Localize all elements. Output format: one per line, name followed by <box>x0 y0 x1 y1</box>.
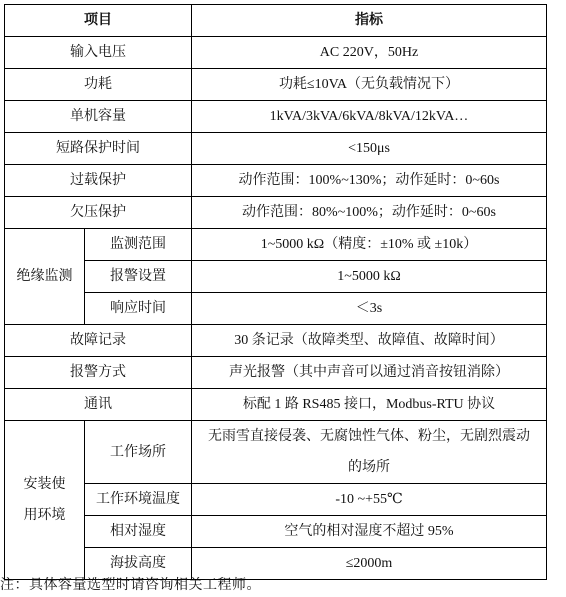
table-row: 欠压保护 动作范围：80%~100%；动作延时：0~60s <box>5 197 547 229</box>
row-spec: 动作范围：80%~100%；动作延时：0~60s <box>192 197 547 229</box>
row-item: 相对湿度 <box>85 516 192 548</box>
insulation-group: 绝缘监测 <box>5 229 85 325</box>
row-item: 输入电压 <box>5 37 192 69</box>
table-header-row: 项目 指标 <box>5 5 547 37</box>
table-row: 绝缘监测 监测范围 1~5000 kΩ（精度：±10% 或 ±10k） <box>5 229 547 261</box>
table-row: 故障记录 30 条记录（故障类型、故障值、故障时间） <box>5 325 547 357</box>
row-item: 工作环境温度 <box>85 484 192 516</box>
row-spec: 功耗≤10VA（无负载情况下） <box>192 69 547 101</box>
row-spec: <150μs <box>192 133 547 165</box>
header-item: 项目 <box>5 5 192 37</box>
row-spec: 1kVA/3kVA/6kVA/8kVA/12kVA… <box>192 101 547 133</box>
row-item: 报警方式 <box>5 357 192 389</box>
row-item: 工作场所 <box>85 421 192 484</box>
table-row: 工作环境温度 -10 ~+55℃ <box>5 484 547 516</box>
table-row: 功耗 功耗≤10VA（无负载情况下） <box>5 69 547 101</box>
table-row: 相对湿度 空气的相对湿度不超过 95% <box>5 516 547 548</box>
spec-table: 项目 指标 输入电压 AC 220V，50Hz 功耗 功耗≤10VA（无负载情况… <box>4 4 547 580</box>
row-spec: AC 220V，50Hz <box>192 37 547 69</box>
environment-group: 安装使 用环境 <box>5 421 85 580</box>
row-item: 报警设置 <box>85 261 192 293</box>
row-item: 故障记录 <box>5 325 192 357</box>
table-row: 输入电压 AC 220V，50Hz <box>5 37 547 69</box>
group-line: 用环境 <box>5 500 84 531</box>
row-item: 单机容量 <box>5 101 192 133</box>
header-spec: 指标 <box>192 5 547 37</box>
footnote: 注：具体容量选型时请咨询相关工程师。 <box>0 574 261 594</box>
row-spec: ＜3s <box>192 293 547 325</box>
row-spec: 动作范围：100%~130%；动作延时：0~60s <box>192 165 547 197</box>
spec-line: 的场所 <box>192 452 546 483</box>
table-row: 安装使 用环境 工作场所 无雨雪直接侵袭、无腐蚀性气体、粉尘，无剧烈震动 的场所 <box>5 421 547 484</box>
row-spec: 1~5000 kΩ（精度：±10% 或 ±10k） <box>192 229 547 261</box>
row-item: 短路保护时间 <box>5 133 192 165</box>
row-item: 响应时间 <box>85 293 192 325</box>
row-spec: 标配 1 路 RS485 接口，Modbus-RTU 协议 <box>192 389 547 421</box>
spec-line: 无雨雪直接侵袭、无腐蚀性气体、粉尘，无剧烈震动 <box>192 421 546 452</box>
table-row: 报警设置 1~5000 kΩ <box>5 261 547 293</box>
table-row: 短路保护时间 <150μs <box>5 133 547 165</box>
row-item: 监测范围 <box>85 229 192 261</box>
row-item: 功耗 <box>5 69 192 101</box>
row-spec: 30 条记录（故障类型、故障值、故障时间） <box>192 325 547 357</box>
table-row: 单机容量 1kVA/3kVA/6kVA/8kVA/12kVA… <box>5 101 547 133</box>
row-item: 欠压保护 <box>5 197 192 229</box>
row-item: 通讯 <box>5 389 192 421</box>
group-line: 安装使 <box>5 469 84 500</box>
row-item: 过载保护 <box>5 165 192 197</box>
row-spec: 无雨雪直接侵袭、无腐蚀性气体、粉尘，无剧烈震动 的场所 <box>192 421 547 484</box>
table-row: 过载保护 动作范围：100%~130%；动作延时：0~60s <box>5 165 547 197</box>
row-spec: 1~5000 kΩ <box>192 261 547 293</box>
table-row: 通讯 标配 1 路 RS485 接口，Modbus-RTU 协议 <box>5 389 547 421</box>
table-row: 响应时间 ＜3s <box>5 293 547 325</box>
row-spec: -10 ~+55℃ <box>192 484 547 516</box>
row-spec: 声光报警（其中声音可以通过消音按钮消除） <box>192 357 547 389</box>
row-spec: 空气的相对湿度不超过 95% <box>192 516 547 548</box>
table-row: 报警方式 声光报警（其中声音可以通过消音按钮消除） <box>5 357 547 389</box>
